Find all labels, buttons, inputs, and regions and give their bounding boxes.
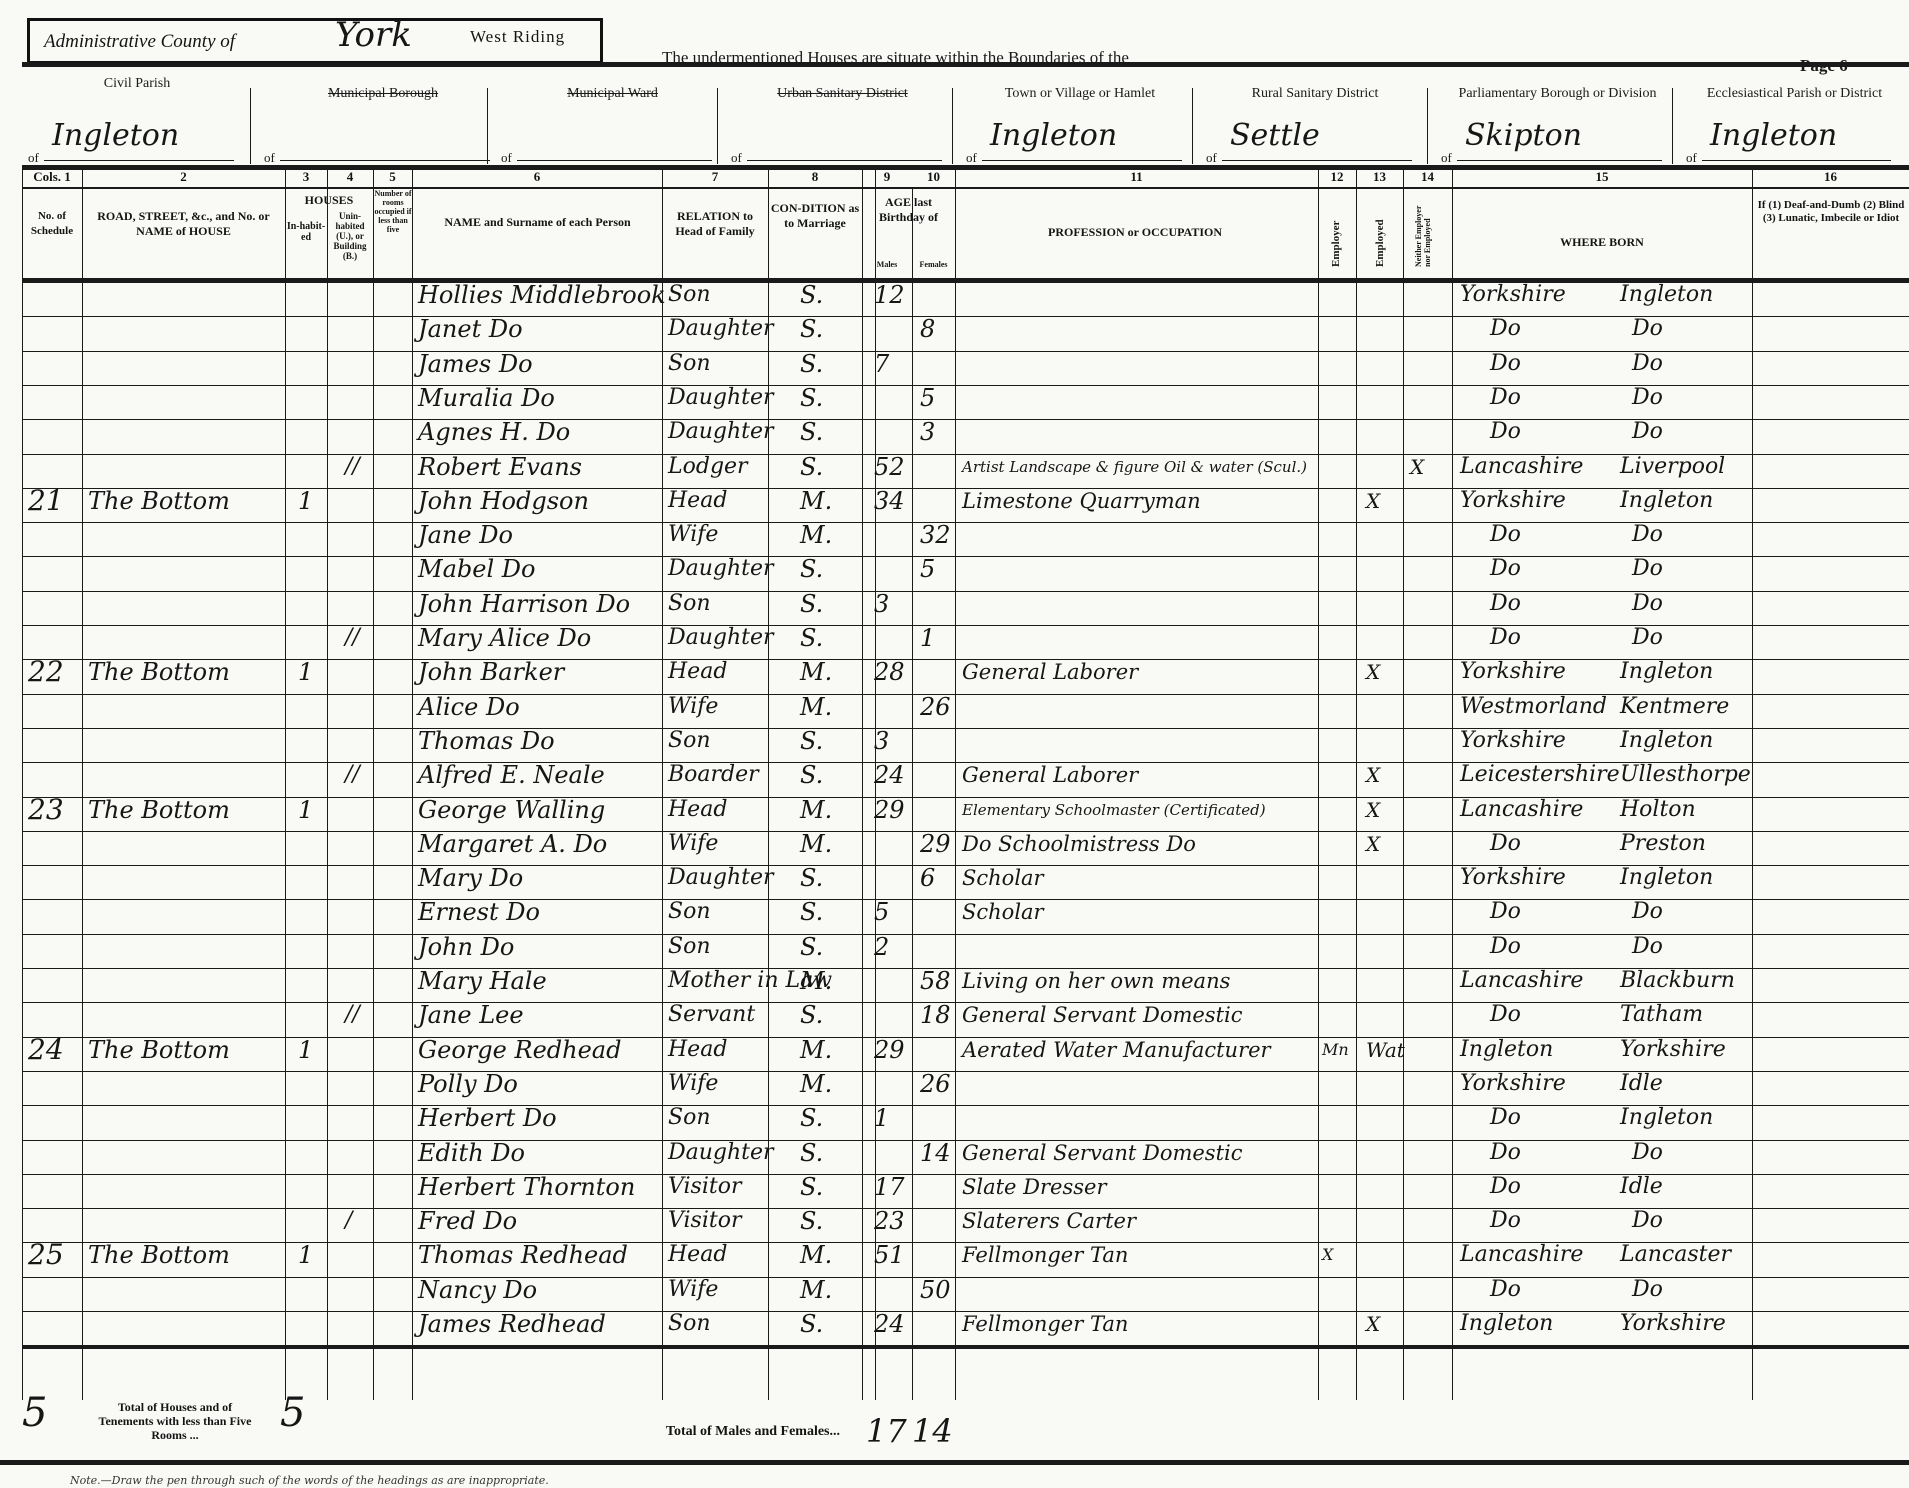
- cell-name: John Barker: [418, 657, 564, 687]
- cell-male-age: 34: [874, 486, 905, 516]
- census-row: Muralia DoDaughterS.5DoDo: [0, 383, 1909, 417]
- header-inhabited: In-habit-ed: [286, 221, 326, 243]
- cell-name: James Do: [418, 349, 533, 379]
- census-row: //Robert EvansLodgerS.52Artist Landscape…: [0, 452, 1909, 486]
- cell-condition: S.: [800, 554, 823, 584]
- cell-born-place: Do: [1632, 349, 1663, 379]
- census-row: Thomas DoSonS.3YorkshireIngleton: [0, 726, 1909, 760]
- cell-employed: X: [1366, 829, 1380, 859]
- district-label: Town or Village or Hamlet: [960, 86, 1200, 102]
- cell-schedule: 25: [28, 1240, 64, 1270]
- census-row: /Fred DoVisitorS.23Slaterers CarterDoDo: [0, 1206, 1909, 1240]
- cell-male-age: 23: [874, 1206, 905, 1236]
- column-number: 8: [768, 169, 862, 185]
- cell-name: Polly Do: [418, 1069, 518, 1099]
- cell-employed: X: [1366, 657, 1380, 687]
- census-row: Edith DoDaughterS.14General Servant Dome…: [0, 1138, 1909, 1172]
- cell-born-place: Holton: [1620, 795, 1696, 825]
- cell-female-age: 1: [920, 623, 935, 653]
- cell-born-place: Do: [1632, 1206, 1663, 1236]
- cell-born-place: Ullesthorpe: [1620, 760, 1751, 790]
- cell-occupation: Fellmonger Tan: [962, 1309, 1128, 1339]
- cell-name: Hollies Middlebrook: [418, 280, 666, 310]
- county-value: York: [335, 15, 412, 55]
- cell-female-age: 32: [920, 520, 951, 550]
- of-label: of: [1686, 150, 1697, 166]
- cell-male-age: 12: [874, 280, 905, 310]
- cell-inhabited: 1: [298, 1035, 313, 1065]
- census-row: //Jane LeeServantS.18General Servant Dom…: [0, 1000, 1909, 1034]
- cell-born-county: Do: [1490, 897, 1521, 927]
- cell-rooms: /: [345, 1206, 352, 1236]
- cell-name: James Redhead: [418, 1309, 606, 1339]
- cell-male-age: 7: [874, 349, 889, 379]
- district-label: Rural Sanitary District: [1200, 86, 1430, 102]
- cell-born-place: Do: [1632, 554, 1663, 584]
- cell-occupation: General Laborer: [962, 657, 1138, 687]
- cell-schedule: 24: [28, 1035, 64, 1065]
- header-age: AGE last Birthday of: [862, 195, 955, 225]
- cell-relation: Daughter: [668, 623, 774, 653]
- cell-condition: S.: [800, 726, 823, 756]
- cell-born-county: Do: [1490, 1138, 1521, 1168]
- cell-male-age: 1: [874, 1103, 889, 1133]
- census-row: Polly DoWifeM.26YorkshireIdle: [0, 1069, 1909, 1103]
- census-row: 25The Bottom1Thomas RedheadHeadM.51Fellm…: [0, 1240, 1909, 1274]
- cell-condition: S.: [800, 417, 823, 447]
- cell-relation: Son: [668, 1103, 711, 1133]
- cell-male-age: 28: [874, 657, 905, 687]
- cell-male-age: 51: [874, 1240, 905, 1270]
- cell-born-county: Do: [1490, 1275, 1521, 1305]
- census-row: Hollies MiddlebrookSonS.12YorkshireIngle…: [0, 280, 1909, 314]
- census-row: 21The Bottom1John HodgsonHeadM.34Limesto…: [0, 486, 1909, 520]
- district-label: Parliamentary Borough or Division: [1435, 86, 1680, 102]
- header-name: NAME and Surname of each Person: [420, 215, 655, 230]
- cell-born-place: Do: [1632, 314, 1663, 344]
- cell-born-place: Do: [1632, 417, 1663, 447]
- cell-relation: Head: [668, 1240, 727, 1270]
- cell-female-age: 3: [920, 417, 935, 447]
- cell-occupation: Scholar: [962, 897, 1044, 927]
- of-underline: [1702, 160, 1891, 161]
- cell-relation: Son: [668, 280, 711, 310]
- census-row: Mary HaleMother in LawM.58Living on her …: [0, 966, 1909, 1000]
- cell-female-age: 8: [920, 314, 935, 344]
- district-divider: [1427, 88, 1428, 164]
- cell-born-county: Lancashire: [1460, 1240, 1583, 1270]
- cell-name: Alice Do: [418, 692, 520, 722]
- cell-relation: Boarder: [668, 760, 759, 790]
- cell-occupation: Slaterers Carter: [962, 1206, 1136, 1236]
- cell-male-age: 3: [874, 589, 889, 619]
- cell-name: Muralia Do: [418, 383, 555, 413]
- census-row: Mabel DoDaughterS.5DoDo: [0, 554, 1909, 588]
- cell-born-county: Do: [1490, 623, 1521, 653]
- district-value: Ingleton: [52, 118, 179, 153]
- district-divider: [1672, 88, 1673, 164]
- cell-relation: Wife: [668, 692, 718, 722]
- rule-top: [22, 62, 1909, 67]
- cell-condition: M.: [800, 1275, 832, 1305]
- cell-relation: Son: [668, 726, 711, 756]
- cell-relation: Daughter: [668, 383, 774, 413]
- cell-name: Alfred E. Neale: [418, 760, 605, 790]
- cell-born-county: Do: [1490, 1000, 1521, 1030]
- cell-occupation: Do Schoolmistress Do: [962, 829, 1196, 859]
- cell-born-place: Ingleton: [1620, 726, 1713, 756]
- cell-employer: Mn: [1322, 1035, 1349, 1065]
- cell-employed: X: [1366, 486, 1380, 516]
- census-row: Nancy DoWifeM.50DoDo: [0, 1275, 1909, 1309]
- cell-name: Mary Hale: [418, 966, 547, 996]
- cell-name: Ernest Do: [418, 897, 540, 927]
- district-label: Civil Parish: [22, 76, 252, 92]
- cell-relation: Head: [668, 795, 727, 825]
- cell-occupation: Fellmonger Tan: [962, 1240, 1128, 1270]
- cell-born-county: Leicestershire: [1460, 760, 1620, 790]
- district-value: Ingleton: [1710, 118, 1837, 153]
- census-row: James RedheadSonS.24Fellmonger TanXIngle…: [0, 1309, 1909, 1343]
- cell-born-county: Lancashire: [1460, 795, 1583, 825]
- cell-female-age: 29: [920, 829, 951, 859]
- cell-born-place: Do: [1632, 1275, 1663, 1305]
- cell-born-county: Do: [1490, 829, 1521, 859]
- cell-relation: Visitor: [668, 1172, 741, 1202]
- cell-name: Mary Do: [418, 863, 523, 893]
- cell-relation: Daughter: [668, 314, 774, 344]
- cell-born-county: Do: [1490, 314, 1521, 344]
- cell-condition: M.: [800, 657, 832, 687]
- cell-condition: S.: [800, 1172, 823, 1202]
- cell-relation: Head: [668, 486, 727, 516]
- cell-male-age: 17: [874, 1172, 905, 1202]
- district-divider: [487, 88, 488, 164]
- district-value: Skipton: [1465, 118, 1582, 153]
- cell-born-county: Yorkshire: [1460, 726, 1566, 756]
- cell-road: The Bottom: [88, 657, 230, 687]
- county-label: Administrative County of: [44, 31, 235, 53]
- cell-condition: S.: [800, 932, 823, 962]
- cell-female-age: 14: [920, 1138, 951, 1168]
- cell-name: Mary Alice Do: [418, 623, 591, 653]
- of-underline: [982, 160, 1182, 161]
- cell-relation: Son: [668, 1309, 711, 1339]
- cell-relation: Daughter: [668, 554, 774, 584]
- cell-born-county: Do: [1490, 554, 1521, 584]
- census-row: Ernest DoSonS.5ScholarDoDo: [0, 897, 1909, 931]
- cell-rooms: //: [345, 452, 360, 482]
- census-row: James DoSonS.7DoDo: [0, 349, 1909, 383]
- cell-relation: Visitor: [668, 1206, 741, 1236]
- header-males: Males: [862, 257, 912, 272]
- cell-road: The Bottom: [88, 795, 230, 825]
- cell-name: Janet Do: [418, 314, 523, 344]
- cell-born-county: Do: [1490, 1206, 1521, 1236]
- riding-label: West Riding: [470, 27, 565, 47]
- cell-born-place: Blackburn: [1620, 966, 1735, 996]
- cell-born-place: Tatham: [1620, 1000, 1703, 1030]
- of-label: of: [731, 150, 742, 166]
- census-row: Herbert ThorntonVisitorS.17Slate Dresser…: [0, 1172, 1909, 1206]
- cell-born-place: Yorkshire: [1620, 1035, 1726, 1065]
- cell-relation: Son: [668, 897, 711, 927]
- column-number: 6: [412, 169, 662, 185]
- cell-born-place: Preston: [1620, 829, 1706, 859]
- census-row: 24The Bottom1George RedheadHeadM.29Aerat…: [0, 1035, 1909, 1069]
- cell-relation: Son: [668, 349, 711, 379]
- column-number: 11: [955, 169, 1318, 185]
- cell-born-place: Do: [1632, 932, 1663, 962]
- cell-condition: M.: [800, 692, 832, 722]
- census-row: //Mary Alice DoDaughterS.1DoDo: [0, 623, 1909, 657]
- header-females: Females: [912, 257, 955, 272]
- cell-born-place: Liverpool: [1620, 452, 1725, 482]
- cell-born-place: Ingleton: [1620, 657, 1713, 687]
- cell-neither: X: [1410, 452, 1424, 482]
- cell-condition: M.: [800, 1240, 832, 1270]
- cell-occupation: Elementary Schoolmaster (Certificated): [962, 795, 1266, 825]
- cell-born-place: Do: [1632, 897, 1663, 927]
- cell-relation: Daughter: [668, 1138, 774, 1168]
- cell-inhabited: 1: [298, 1240, 313, 1270]
- cell-name: Margaret A. Do: [418, 829, 607, 859]
- column-number: 2: [82, 169, 285, 185]
- cell-born-place: Idle: [1620, 1172, 1663, 1202]
- cell-born-place: Ingleton: [1620, 1103, 1713, 1133]
- cell-employer: X: [1322, 1240, 1333, 1270]
- cell-male-age: 3: [874, 726, 889, 756]
- census-row: 23The Bottom1George WallingHeadM.29Eleme…: [0, 795, 1909, 829]
- cell-female-age: 5: [920, 554, 935, 584]
- header-neither: Neither Employer nor Employed: [1414, 197, 1432, 267]
- cell-relation: Wife: [668, 1275, 718, 1305]
- census-row: Margaret A. DoWifeM.29Do Schoolmistress …: [0, 829, 1909, 863]
- census-page: Administrative County of York West Ridin…: [0, 0, 1909, 1488]
- cell-relation: Son: [668, 589, 711, 619]
- cell-name: Mabel Do: [418, 554, 535, 584]
- cell-employed: X: [1366, 795, 1380, 825]
- column-number: 9: [862, 169, 912, 185]
- cell-name: Thomas Redhead: [418, 1240, 628, 1270]
- cell-name: Fred Do: [418, 1206, 517, 1236]
- rule-colnum: [22, 187, 1909, 189]
- cell-condition: S.: [800, 589, 823, 619]
- cell-condition: S.: [800, 314, 823, 344]
- cell-male-age: 24: [874, 1309, 905, 1339]
- census-row: John DoSonS.2DoDo: [0, 932, 1909, 966]
- cell-schedule: 21: [28, 486, 64, 516]
- cell-road: The Bottom: [88, 1035, 230, 1065]
- total-schedules: 5: [22, 1390, 47, 1436]
- cell-name: George Redhead: [418, 1035, 621, 1065]
- header-where-born: WHERE BORN: [1452, 235, 1752, 250]
- header-infirmity: If (1) Deaf-and-Dumb (2) Blind (3) Lunat…: [1756, 199, 1906, 225]
- cell-male-age: 5: [874, 897, 889, 927]
- cell-born-place: Ingleton: [1620, 280, 1713, 310]
- census-row: Agnes H. DoDaughterS.3DoDo: [0, 417, 1909, 451]
- cell-condition: S.: [800, 452, 823, 482]
- cell-condition: S.: [800, 1000, 823, 1030]
- census-row: 22The Bottom1John BarkerHeadM.28General …: [0, 657, 1909, 691]
- cell-female-age: 50: [920, 1275, 951, 1305]
- cell-condition: S.: [800, 863, 823, 893]
- cell-born-county: Do: [1490, 1172, 1521, 1202]
- cell-inhabited: 1: [298, 486, 313, 516]
- cell-female-age: 26: [920, 1069, 951, 1099]
- cell-female-age: 58: [920, 966, 951, 996]
- cell-born-county: Do: [1490, 589, 1521, 619]
- cell-occupation: Aerated Water Manufacturer: [962, 1035, 1271, 1065]
- of-label: of: [1441, 150, 1452, 166]
- header-rooms: Number of rooms occupied if less than fi…: [374, 189, 412, 234]
- cell-name: Thomas Do: [418, 726, 555, 756]
- cell-occupation: General Servant Domestic: [962, 1000, 1243, 1030]
- header-condition: CON-DITION as to Marriage: [770, 201, 860, 231]
- cell-male-age: 29: [874, 795, 905, 825]
- district-label: Urban Sanitary District: [725, 86, 960, 102]
- column-number: 12: [1318, 169, 1356, 185]
- cell-born-place: Ingleton: [1620, 863, 1713, 893]
- district-divider: [250, 88, 251, 164]
- cell-born-county: Do: [1490, 932, 1521, 962]
- column-number: Cols. 1: [22, 169, 82, 185]
- of-underline: [1457, 160, 1662, 161]
- column-number: 10: [912, 169, 955, 185]
- census-row: Janet DoDaughterS.8DoDo: [0, 314, 1909, 348]
- district-value: Settle: [1230, 118, 1320, 153]
- header-occupation: PROFESSION or OCCUPATION: [960, 225, 1310, 240]
- county-box: Administrative County of York West Ridin…: [27, 18, 603, 66]
- of-underline: [747, 160, 942, 161]
- header-employed: Employed: [1374, 219, 1386, 267]
- column-number: 14: [1403, 169, 1452, 185]
- cell-born-county: Do: [1490, 349, 1521, 379]
- cell-condition: S.: [800, 1138, 823, 1168]
- cell-born-place: Lancaster: [1620, 1240, 1731, 1270]
- cell-inhabited: 1: [298, 657, 313, 687]
- cell-born-place: Do: [1632, 520, 1663, 550]
- district-label: Municipal Borough: [258, 86, 508, 102]
- cell-occupation: Scholar: [962, 863, 1044, 893]
- cell-condition: M.: [800, 1035, 832, 1065]
- cell-relation: Head: [668, 1035, 727, 1065]
- cell-schedule: 23: [28, 795, 64, 825]
- cell-relation: Head: [668, 657, 727, 687]
- cell-occupation: General Laborer: [962, 760, 1138, 790]
- cell-born-place: Ingleton: [1620, 486, 1713, 516]
- footnote: Note.—Draw the pen through such of the w…: [70, 1474, 549, 1487]
- cell-born-county: Lancashire: [1460, 452, 1583, 482]
- column-number: 4: [327, 169, 373, 185]
- cell-born-county: Ingleton: [1460, 1309, 1553, 1339]
- cell-female-age: 26: [920, 692, 951, 722]
- cell-born-place: Do: [1632, 589, 1663, 619]
- cell-name: John Hodgson: [418, 486, 589, 516]
- cell-male-age: 24: [874, 760, 905, 790]
- district-divider: [717, 88, 718, 164]
- cell-condition: M.: [800, 520, 832, 550]
- header-employer: Employer: [1330, 221, 1342, 267]
- cell-born-county: Yorkshire: [1460, 657, 1566, 687]
- census-row: //Alfred E. NealeBoarderS.24General Labo…: [0, 760, 1909, 794]
- total-houses-label: Total of Houses and of Tenements with le…: [90, 1400, 260, 1442]
- header-relation: RELATION to Head of Family: [664, 209, 766, 239]
- cell-name: Agnes H. Do: [418, 417, 570, 447]
- census-row: Jane DoWifeM.32DoDo: [0, 520, 1909, 554]
- column-number: 15: [1452, 169, 1752, 185]
- of-underline: [44, 160, 234, 161]
- of-underline: [280, 160, 490, 161]
- census-row: Herbert DoSonS.1DoIngleton: [0, 1103, 1909, 1137]
- cell-condition: S.: [800, 1206, 823, 1236]
- cell-name: Nancy Do: [418, 1275, 537, 1305]
- of-label: of: [1206, 150, 1217, 166]
- cell-rooms: //: [345, 760, 360, 790]
- cell-born-county: Yorkshire: [1460, 280, 1566, 310]
- cell-born-county: Yorkshire: [1460, 486, 1566, 516]
- cell-name: John Do: [418, 932, 514, 962]
- cell-born-county: Ingleton: [1460, 1035, 1553, 1065]
- cell-born-county: Lancashire: [1460, 966, 1583, 996]
- cell-employed: X: [1366, 1309, 1380, 1339]
- cell-born-county: Westmorland: [1460, 692, 1607, 722]
- total-males: 17: [866, 1412, 907, 1450]
- rule-bottom: [0, 1460, 1909, 1465]
- of-label: of: [264, 150, 275, 166]
- cell-occupation: Artist Landscape & figure Oil & water (S…: [962, 452, 1307, 482]
- cell-road: The Bottom: [88, 1240, 230, 1270]
- cell-born-place: Do: [1632, 623, 1663, 653]
- cell-born-county: Do: [1490, 417, 1521, 447]
- cell-relation: Wife: [668, 1069, 718, 1099]
- cell-born-place: Idle: [1620, 1069, 1663, 1099]
- of-label: of: [966, 150, 977, 166]
- cell-male-age: 2: [874, 932, 889, 962]
- cell-relation: Wife: [668, 829, 718, 859]
- cell-relation: Wife: [668, 520, 718, 550]
- cell-condition: S.: [800, 280, 823, 310]
- cell-employed: Wat: [1366, 1035, 1405, 1065]
- cell-born-county: Yorkshire: [1460, 863, 1566, 893]
- cell-road: The Bottom: [88, 486, 230, 516]
- district-value: Ingleton: [990, 118, 1117, 153]
- cell-female-age: 18: [920, 1000, 951, 1030]
- cell-name: Robert Evans: [418, 452, 582, 482]
- total-houses: 5: [280, 1390, 305, 1436]
- total-persons-label: Total of Males and Females...: [560, 1425, 840, 1439]
- cell-male-age: 29: [874, 1035, 905, 1065]
- header-uninhabited: Unin-habited (U.), or Building (B.): [328, 211, 372, 261]
- cell-occupation: Limestone Quarryman: [962, 486, 1201, 516]
- cell-condition: S.: [800, 1309, 823, 1339]
- cell-born-place: Kentmere: [1620, 692, 1729, 722]
- cell-name: Jane Lee: [418, 1000, 524, 1030]
- district-divider: [1192, 88, 1193, 164]
- of-underline: [1222, 160, 1412, 161]
- row-rule: [22, 1345, 1909, 1349]
- cell-relation: Lodger: [668, 452, 748, 482]
- cell-born-county: Yorkshire: [1460, 1069, 1566, 1099]
- cell-rooms: //: [345, 623, 360, 653]
- header-road: ROAD, STREET, &c., and No. or NAME of HO…: [86, 209, 281, 239]
- cell-relation: Son: [668, 932, 711, 962]
- cell-name: John Harrison Do: [418, 589, 630, 619]
- of-label: of: [28, 150, 39, 166]
- cell-name: Herbert Thornton: [418, 1172, 635, 1202]
- cell-relation: Daughter: [668, 863, 774, 893]
- header-schedule: No. of Schedule: [22, 209, 82, 239]
